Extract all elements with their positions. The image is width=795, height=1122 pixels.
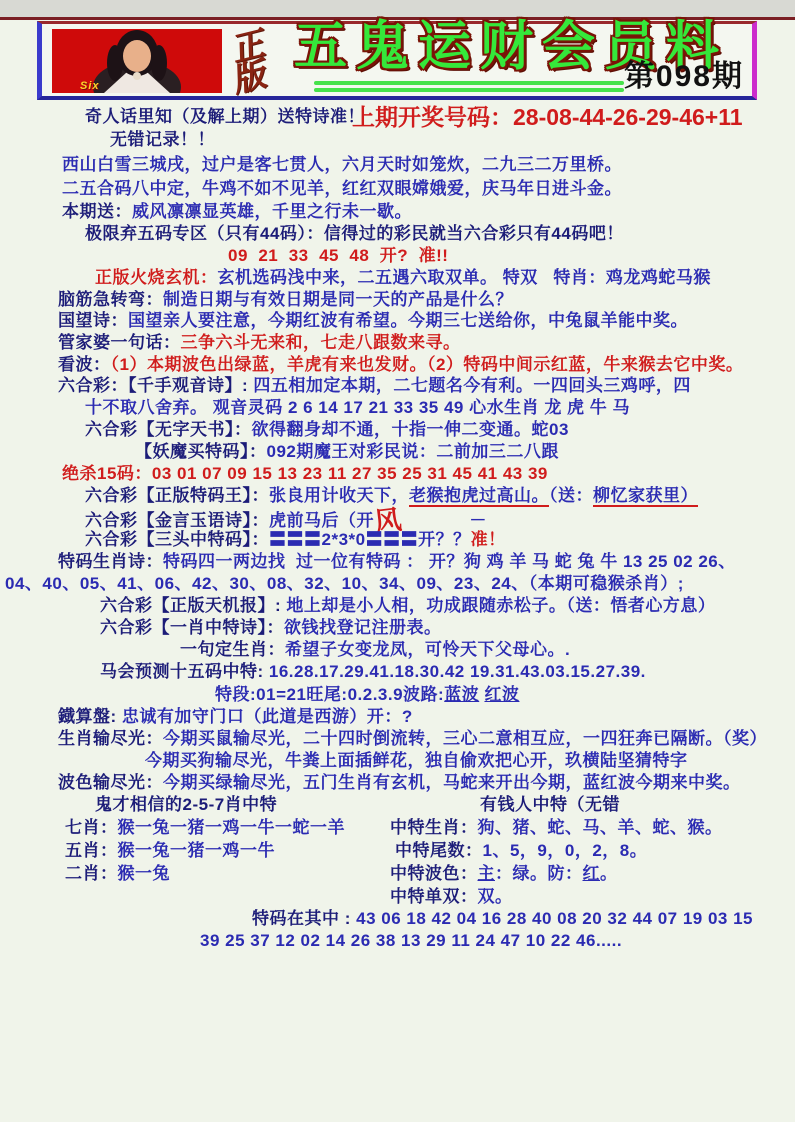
tianjibao-line: 六合彩【正版天机报】: 地上却是小人相，功成跟随赤松子。（送：悟者心方息） xyxy=(100,595,715,616)
text-segment: 无错记录！！ xyxy=(110,130,215,149)
text-segment: 092期魔王对彩民说：二前加三二八跟 xyxy=(267,442,559,461)
intro-line-2: 无错记录！！ xyxy=(110,129,215,150)
masthead: Six 正版 五鬼运财会员料 第098期 xyxy=(37,21,757,100)
yixiao-line: 六合彩【一肖中特诗】：欲钱找登记注册表。 xyxy=(100,617,442,638)
text-segment: 忠诚有加守门口（此道是西游）开：? xyxy=(122,707,413,726)
text-segment: 三争六斗无来和，七走八跟数来寻。 xyxy=(181,333,461,352)
text-segment: 【妖魔买特码】： xyxy=(135,442,267,461)
text-segment: 猴一兔一猪一鸡一牛 xyxy=(118,841,276,860)
text-segment: 蓝波 xyxy=(444,685,479,704)
text-segment: ：绿。防： xyxy=(495,864,583,883)
44-codes-result: 09 21 33 45 48 开? 准!! xyxy=(228,245,448,266)
shengxiao-poem-2: 04、40、05、41、06、42、30、08、32、10、34、09、23、2… xyxy=(5,573,684,594)
text-segment: 脑筋急转弯： xyxy=(58,290,163,309)
text-segment: 〓〓〓2*3*0〓〓〓开？？ xyxy=(269,530,471,549)
text-segment: － xyxy=(402,511,487,530)
erxiao-row: 二肖：猴一兔 xyxy=(65,863,170,884)
brain-teaser: 脑筋急转弯：制造日期与有效日期是同一天的产品是什么？ xyxy=(58,289,513,310)
special-codes-pool-1: 特码在其中 : 43 06 18 42 04 16 28 40 08 20 32… xyxy=(252,908,753,929)
text-segment: 中特生肖： xyxy=(390,818,478,837)
issue-number: 第098期 xyxy=(624,51,744,95)
wuxiao-row: 中特尾数：1、5，9，0，2，8。 xyxy=(395,840,647,861)
wuxiao-row: 五肖：猴一兔一猪一鸡一牛 xyxy=(65,840,275,861)
text-segment: 玄机选码浅中来，二五遇六取双单。 特双 特肖：鸡龙鸡蛇马猴 xyxy=(218,268,711,287)
text-segment: 16.28.17.29.41.18.30.42 19.31.43.03.15.2… xyxy=(269,662,646,681)
text-segment: 六合彩【正版天机报】: xyxy=(100,596,286,615)
text-segment: 43 06 18 42 04 16 28 40 08 20 32 44 07 1… xyxy=(356,909,753,928)
text-segment: 欲得翻身却不通，十指一伸二变通。蛇03 xyxy=(252,420,569,439)
text-segment: 五肖： xyxy=(65,841,118,860)
text-segment: 猴一兔一猪一鸡一牛一蛇一羊 xyxy=(118,818,346,837)
danshuang-row: 中特单双：双。 xyxy=(390,886,513,907)
temawang-line: 六合彩【正版特码王】：张良用计收天下，老猴抱虎过高山。（送：柳忆家获里） xyxy=(85,485,698,506)
shujinguang-2: 今期买狗输尽光，牛粪上面插鲜花，独自偷欢把心开，玖横陆坚猜特字 xyxy=(145,750,688,771)
text-segment: 柳忆家获里） xyxy=(593,486,698,507)
text-segment: 欲钱找登记注册表。 xyxy=(284,618,442,637)
text-segment: 张良用计收天下， xyxy=(269,486,409,505)
text-segment: 地上却是小人相，功成跟随赤松子。（送：悟者心方息） xyxy=(286,596,715,615)
text-segment: 中特单双： xyxy=(390,887,478,906)
poem-line-2: 二五合码八中定，牛鸡不如不见羊，红红双眼嫦娥爱，庆马年日进斗金。 xyxy=(62,178,622,199)
text-segment: （1）本期波色出绿蓝，羊虎有来也发财。（2）特码中间示红蓝，牛来猴去它中奖。 xyxy=(111,355,744,374)
text-segment: 生肖输尽光： xyxy=(58,729,163,748)
benqisong-line: 本期送：威风凛凛显英雄，千里之行未一歇。 xyxy=(62,201,412,222)
text-segment: 今期买绿输尽光，五门生肖有玄机，马蛇来开出今期，蓝红波今期来中奖。 xyxy=(163,773,741,792)
text-segment: 中特尾数： xyxy=(395,841,483,860)
text-segment: 十不取八舍弃。 观音灵码 2 6 14 17 21 33 35 49 心水生肖 … xyxy=(85,398,630,417)
text-segment: 鬼才相信的2-5-7肖中特 xyxy=(95,795,277,814)
text-segment: 六合彩：【千手观音诗】: xyxy=(58,376,253,395)
text-segment: 猴一兔 xyxy=(118,864,171,883)
text-segment: 特码在其中 : xyxy=(252,909,356,928)
text-segment: 一句定生肖： xyxy=(180,640,285,659)
text-segment: （送： xyxy=(549,486,593,505)
previous-draw-result: 上期开奖号码：28-08-44-26-29-46+11 xyxy=(352,107,743,128)
text-segment: 马会预测十五码中特: xyxy=(100,662,269,681)
text-segment: 有钱人中特（无错 xyxy=(480,795,620,814)
text-segment: 09 21 33 45 48 开? 准!! xyxy=(228,246,448,265)
text-segment: 今期买狗输尽光，牛粪上面插鲜花，独自偷欢把心开，玖横陆坚猜特字 xyxy=(145,751,688,770)
text-segment: 1、5，9，0，2，8。 xyxy=(483,841,648,860)
qixiao-row: 中特生肖：狗、猪、蛇、马、羊、蛇、猴。 xyxy=(390,817,723,838)
text-segment: 今期买鼠输尽光，二十四时倒流转，三心二意相互应，一四狂奔已隔断。（奖） xyxy=(163,729,767,748)
text-segment: 六合彩【三头中特码】： xyxy=(85,530,269,549)
text-segment: 双。 xyxy=(478,887,513,906)
text-segment: 国望诗： xyxy=(58,311,128,330)
text-segment: 看波： xyxy=(58,355,111,374)
text-segment: 波色输尽光： xyxy=(58,773,163,792)
text-segment: 主 xyxy=(478,864,496,883)
tiesuanpan-line: 鐡算盤: 忠诚有加守门口（此道是西游）开：? xyxy=(58,706,413,727)
yaomo-line: 【妖魔买特码】：092期魔王对彩民说：二前加三二八跟 xyxy=(135,441,559,462)
text-segment: 六合彩【金言玉语诗】： xyxy=(85,511,269,530)
guanjiapo-line: 管家婆一句话：三争六斗无来和，七走八跟数来寻。 xyxy=(58,332,461,353)
zhengban-stamp: 正版 xyxy=(234,24,281,103)
text-segment: 奇人话里知（及解上期）送特诗准！ xyxy=(85,107,365,126)
huoshao-xuanji: 正版火烧玄机：玄机选码浅中来，二五遇六取双单。 特双 特肖：鸡龙鸡蛇马猴 xyxy=(95,267,711,288)
text-segment: 红 xyxy=(583,864,601,883)
kanbo-line: 看波：（1）本期波色出绿蓝，羊虎有来也发财。（2）特码中间示红蓝，牛来猴去它中奖… xyxy=(58,354,743,375)
text-segment: 中特波色： xyxy=(390,864,478,883)
text-segment: 绝杀15码：03 01 07 09 15 13 23 11 27 35 25 3… xyxy=(62,464,548,483)
teduan-line: 特段:01=21旺尾:0.2.3.9波路:蓝波 红波 xyxy=(215,684,519,705)
qixiao-row: 七肖：猴一兔一猪一鸡一牛一蛇一羊 xyxy=(65,817,345,838)
text-segment: 二五合码八中定，牛鸡不如不见羊，红红双眼嫦娥爱，庆马年日进斗金。 xyxy=(62,179,622,198)
text-segment: 红波 xyxy=(484,685,519,704)
text-segment: 特段:01=21旺尾:0.2.3.9波路: xyxy=(215,685,444,704)
flyer-page: Six 正版 五鬼运财会员料 第098期 奇人话里知（及解上期）送特诗准！无错记… xyxy=(0,0,795,1122)
jinyan-line: 六合彩【金言玉语诗】：虎前马后（开风 － xyxy=(85,507,487,531)
shengxiao-poem-1: 特码生肖诗：特码四一两边找 过一位有特码 ： 开？狗 鸡 羊 马 蛇 兔 牛 1… xyxy=(58,551,736,572)
44-codes-header: 极限弃五码专区（只有44码）：信得过的彩民就当六合彩只有44码吧！ xyxy=(85,223,624,244)
text-segment: 鐡算盤: xyxy=(58,707,122,726)
text-segment: 六合彩【一肖中特诗】： xyxy=(100,618,284,637)
poem-line-1: 西山白雪三城戌，过户是客七贯人，六月天时如笼炊，二九三二万里桥。 xyxy=(62,154,622,175)
two-col-headers: 鬼才相信的2-5-7肖中特 xyxy=(95,794,277,815)
text-segment: 准！ xyxy=(471,530,506,549)
text-segment: 老猴抱虎过高山。 xyxy=(409,486,549,507)
text-segment: 本期送： xyxy=(62,202,132,221)
text-segment: 39 25 37 12 02 14 26 38 13 29 11 24 47 1… xyxy=(200,931,622,950)
text-segment: 制造日期与有效日期是同一天的产品是什么？ xyxy=(163,290,513,309)
wuzitianshu-line: 六合彩【无字天书】：欲得翻身却不通，十指一伸二变通。蛇03 xyxy=(85,419,569,440)
editor-photo: Six xyxy=(52,29,222,93)
guanyin-poem-1: 六合彩：【千手观音诗】: 四五相加定本期，二七题名今有利。一四回头三鸡呼，四 xyxy=(58,375,691,396)
kill-15-codes: 绝杀15码：03 01 07 09 15 13 23 11 27 35 25 3… xyxy=(62,463,548,484)
text-segment: 上期开奖号码：28-08-44-26-29-46+11 xyxy=(352,104,743,130)
text-segment: 正版火烧玄机： xyxy=(95,268,218,287)
text-segment: 。 xyxy=(600,864,618,883)
text-segment: 威风凛凛显英雄，千里之行未一歇。 xyxy=(132,202,412,221)
text-segment: 特码四一两边找 过一位有特码 ： 开？狗 鸡 羊 马 蛇 兔 牛 13 25 0… xyxy=(163,552,736,571)
mahui-15-codes: 马会预测十五码中特: 16.28.17.29.41.18.30.42 19.31… xyxy=(100,661,646,682)
text-segment: 极限弃五码专区（只有44码）：信得过的彩民就当六合彩只有44码吧！ xyxy=(85,224,624,243)
text-segment: 04、40、05、41、06、42、30、08、32、10、34、09、23、2… xyxy=(5,574,684,593)
text-segment: 四五相加定本期，二七题名今有利。一四回头三鸡呼，四 xyxy=(253,376,691,395)
yiju-line: 一句定生肖：希望子女变龙凤，可怜天下父母心。. xyxy=(180,639,570,660)
text-segment: 六合彩【正版特码王】： xyxy=(85,486,269,505)
two-col-headers: 有钱人中特（无错 xyxy=(480,794,620,815)
photo-watermark: Six xyxy=(80,80,100,92)
text-segment: 二肖： xyxy=(65,864,118,883)
special-codes-pool-2: 39 25 37 12 02 14 26 38 13 29 11 24 47 1… xyxy=(200,930,622,951)
text-segment: 狗、猪、蛇、马、羊、蛇、猴。 xyxy=(478,818,723,837)
text-segment: 国望亲人要注意，今期红波有希望。今期三七送给你，中兔鼠羊能中奖。 xyxy=(128,311,688,330)
text-segment: 六合彩【无字天书】： xyxy=(85,420,252,439)
text-segment: 希望子女变龙凤，可怜天下父母心。. xyxy=(285,640,570,659)
guowang-poem: 国望诗：国望亲人要注意，今期红波有希望。今期三七送给你，中兔鼠羊能中奖。 xyxy=(58,310,688,331)
text-segment: 特码生肖诗： xyxy=(58,552,163,571)
text-segment: 虎前马后（开 xyxy=(269,511,374,530)
erxiao-row: 中特波色：主：绿。防：红。 xyxy=(390,863,618,884)
text-segment: 西山白雪三城戌，过户是客七贯人，六月天时如笼炊，二九三二万里桥。 xyxy=(62,155,622,174)
title-underline-2 xyxy=(314,88,624,92)
shujinguang-1: 生肖输尽光：今期买鼠输尽光，二十四时倒流转，三心二意相互应，一四狂奔已隔断。（奖… xyxy=(58,728,767,749)
santou-line: 六合彩【三头中特码】：〓〓〓2*3*0〓〓〓开？？准！ xyxy=(85,529,506,550)
portrait-graphic xyxy=(52,29,222,93)
boseshujinguang: 波色输尽光：今期买绿输尽光，五门生肖有玄机，马蛇来开出今期，蓝红波今期来中奖。 xyxy=(58,772,741,793)
intro-line-1: 奇人话里知（及解上期）送特诗准！ xyxy=(85,106,365,127)
guanyin-poem-2: 十不取八舍弃。 观音灵码 2 6 14 17 21 33 35 49 心水生肖 … xyxy=(85,397,630,418)
title-underline-1 xyxy=(314,81,624,85)
text-segment: 七肖： xyxy=(65,818,118,837)
text-segment: 管家婆一句话： xyxy=(58,333,181,352)
